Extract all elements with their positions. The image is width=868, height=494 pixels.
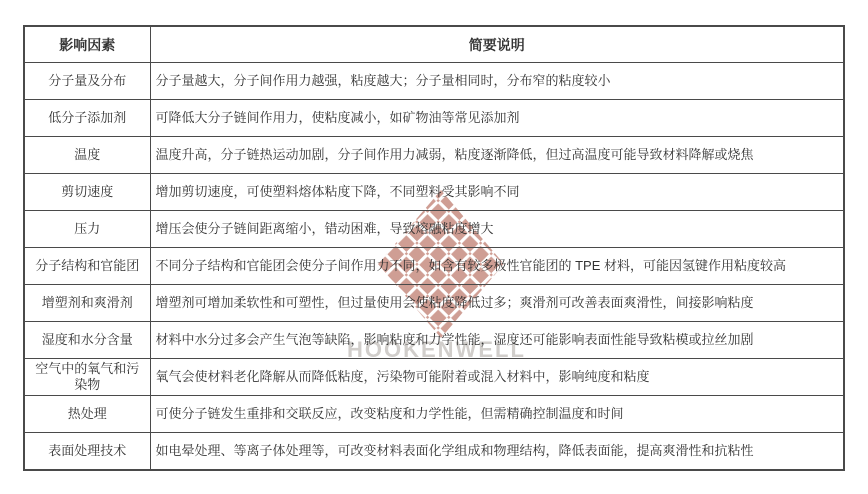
description-cell: 增塑剂可增加柔软性和可塑性，但过量使用会使粘度降低过多；爽滑剂可改善表面爽滑性，…: [150, 285, 844, 322]
table-row: 低分子添加剂 可降低大分子链间作用力，使粘度减小，如矿物油等常见添加剂: [24, 100, 844, 137]
description-cell: 氧气会使材料老化降解从而降低粘度，污染物可能附着或混入材料中，影响纯度和粘度: [150, 359, 844, 396]
factor-cell: 分子量及分布: [24, 63, 150, 100]
factor-cell: 温度: [24, 137, 150, 174]
description-cell: 不同分子结构和官能团会使分子间作用力不同，如含有较多极性官能团的 TPE 材料，…: [150, 248, 844, 285]
factor-cell: 压力: [24, 211, 150, 248]
description-cell: 分子量越大，分子间作用力越强，粘度越大；分子量相同时，分布窄的粘度较小: [150, 63, 844, 100]
column-header-description: 简要说明: [150, 26, 844, 63]
description-cell: 增压会使分子链间距离缩小，错动困难，导致熔融粘度增大: [150, 211, 844, 248]
header-row: 影响因素 简要说明: [24, 26, 844, 63]
table-row: 分子结构和官能团 不同分子结构和官能团会使分子间作用力不同，如含有较多极性官能团…: [24, 248, 844, 285]
factor-cell: 热处理: [24, 396, 150, 433]
table-row: 分子量及分布 分子量越大，分子间作用力越强，粘度越大；分子量相同时，分布窄的粘度…: [24, 63, 844, 100]
table-row: 热处理 可使分子链发生重排和交联反应，改变粘度和力学性能，但需精确控制温度和时间: [24, 396, 844, 433]
table-row: 空气中的氧气和污染物 氧气会使材料老化降解从而降低粘度，污染物可能附着或混入材料…: [24, 359, 844, 396]
factor-cell: 表面处理技术: [24, 433, 150, 471]
table-row: 湿度和水分含量 材料中水分过多会产生气泡等缺陷，影响粘度和力学性能，湿度还可能影…: [24, 322, 844, 359]
factor-cell: 增塑剂和爽滑剂: [24, 285, 150, 322]
description-cell: 如电晕处理、等离子体处理等，可改变材料表面化学组成和物理结构，降低表面能，提高爽…: [150, 433, 844, 471]
table-row: 剪切速度 增加剪切速度，可使塑料熔体粘度下降，不同塑料受其影响不同: [24, 174, 844, 211]
factor-cell: 分子结构和官能团: [24, 248, 150, 285]
description-cell: 增加剪切速度，可使塑料熔体粘度下降，不同塑料受其影响不同: [150, 174, 844, 211]
factor-cell: 低分子添加剂: [24, 100, 150, 137]
table-row: 增塑剂和爽滑剂 增塑剂可增加柔软性和可塑性，但过量使用会使粘度降低过多；爽滑剂可…: [24, 285, 844, 322]
table-row: 压力 增压会使分子链间距离缩小，错动困难，导致熔融粘度增大: [24, 211, 844, 248]
table-body: 分子量及分布 分子量越大，分子间作用力越强，粘度越大；分子量相同时，分布窄的粘度…: [24, 63, 844, 471]
description-cell: 可降低大分子链间作用力，使粘度减小，如矿物油等常见添加剂: [150, 100, 844, 137]
factor-cell: 空气中的氧气和污染物: [24, 359, 150, 396]
factors-table: 影响因素 简要说明 分子量及分布 分子量越大，分子间作用力越强，粘度越大；分子量…: [23, 25, 845, 471]
description-cell: 材料中水分过多会产生气泡等缺陷，影响粘度和力学性能，湿度还可能影响表面性能导致粘…: [150, 322, 844, 359]
table-row: 表面处理技术 如电晕处理、等离子体处理等，可改变材料表面化学组成和物理结构，降低…: [24, 433, 844, 471]
column-header-factor: 影响因素: [24, 26, 150, 63]
page: HOOKENWELL 影响因素 简要说明 分子量及分布 分子量越大，分子间作用力…: [0, 0, 868, 494]
description-cell: 温度升高，分子链热运动加剧，分子间作用力减弱，粘度逐渐降低，但过高温度可能导致材…: [150, 137, 844, 174]
description-cell: 可使分子链发生重排和交联反应，改变粘度和力学性能，但需精确控制温度和时间: [150, 396, 844, 433]
factor-cell: 湿度和水分含量: [24, 322, 150, 359]
table-row: 温度 温度升高，分子链热运动加剧，分子间作用力减弱，粘度逐渐降低，但过高温度可能…: [24, 137, 844, 174]
factor-cell: 剪切速度: [24, 174, 150, 211]
